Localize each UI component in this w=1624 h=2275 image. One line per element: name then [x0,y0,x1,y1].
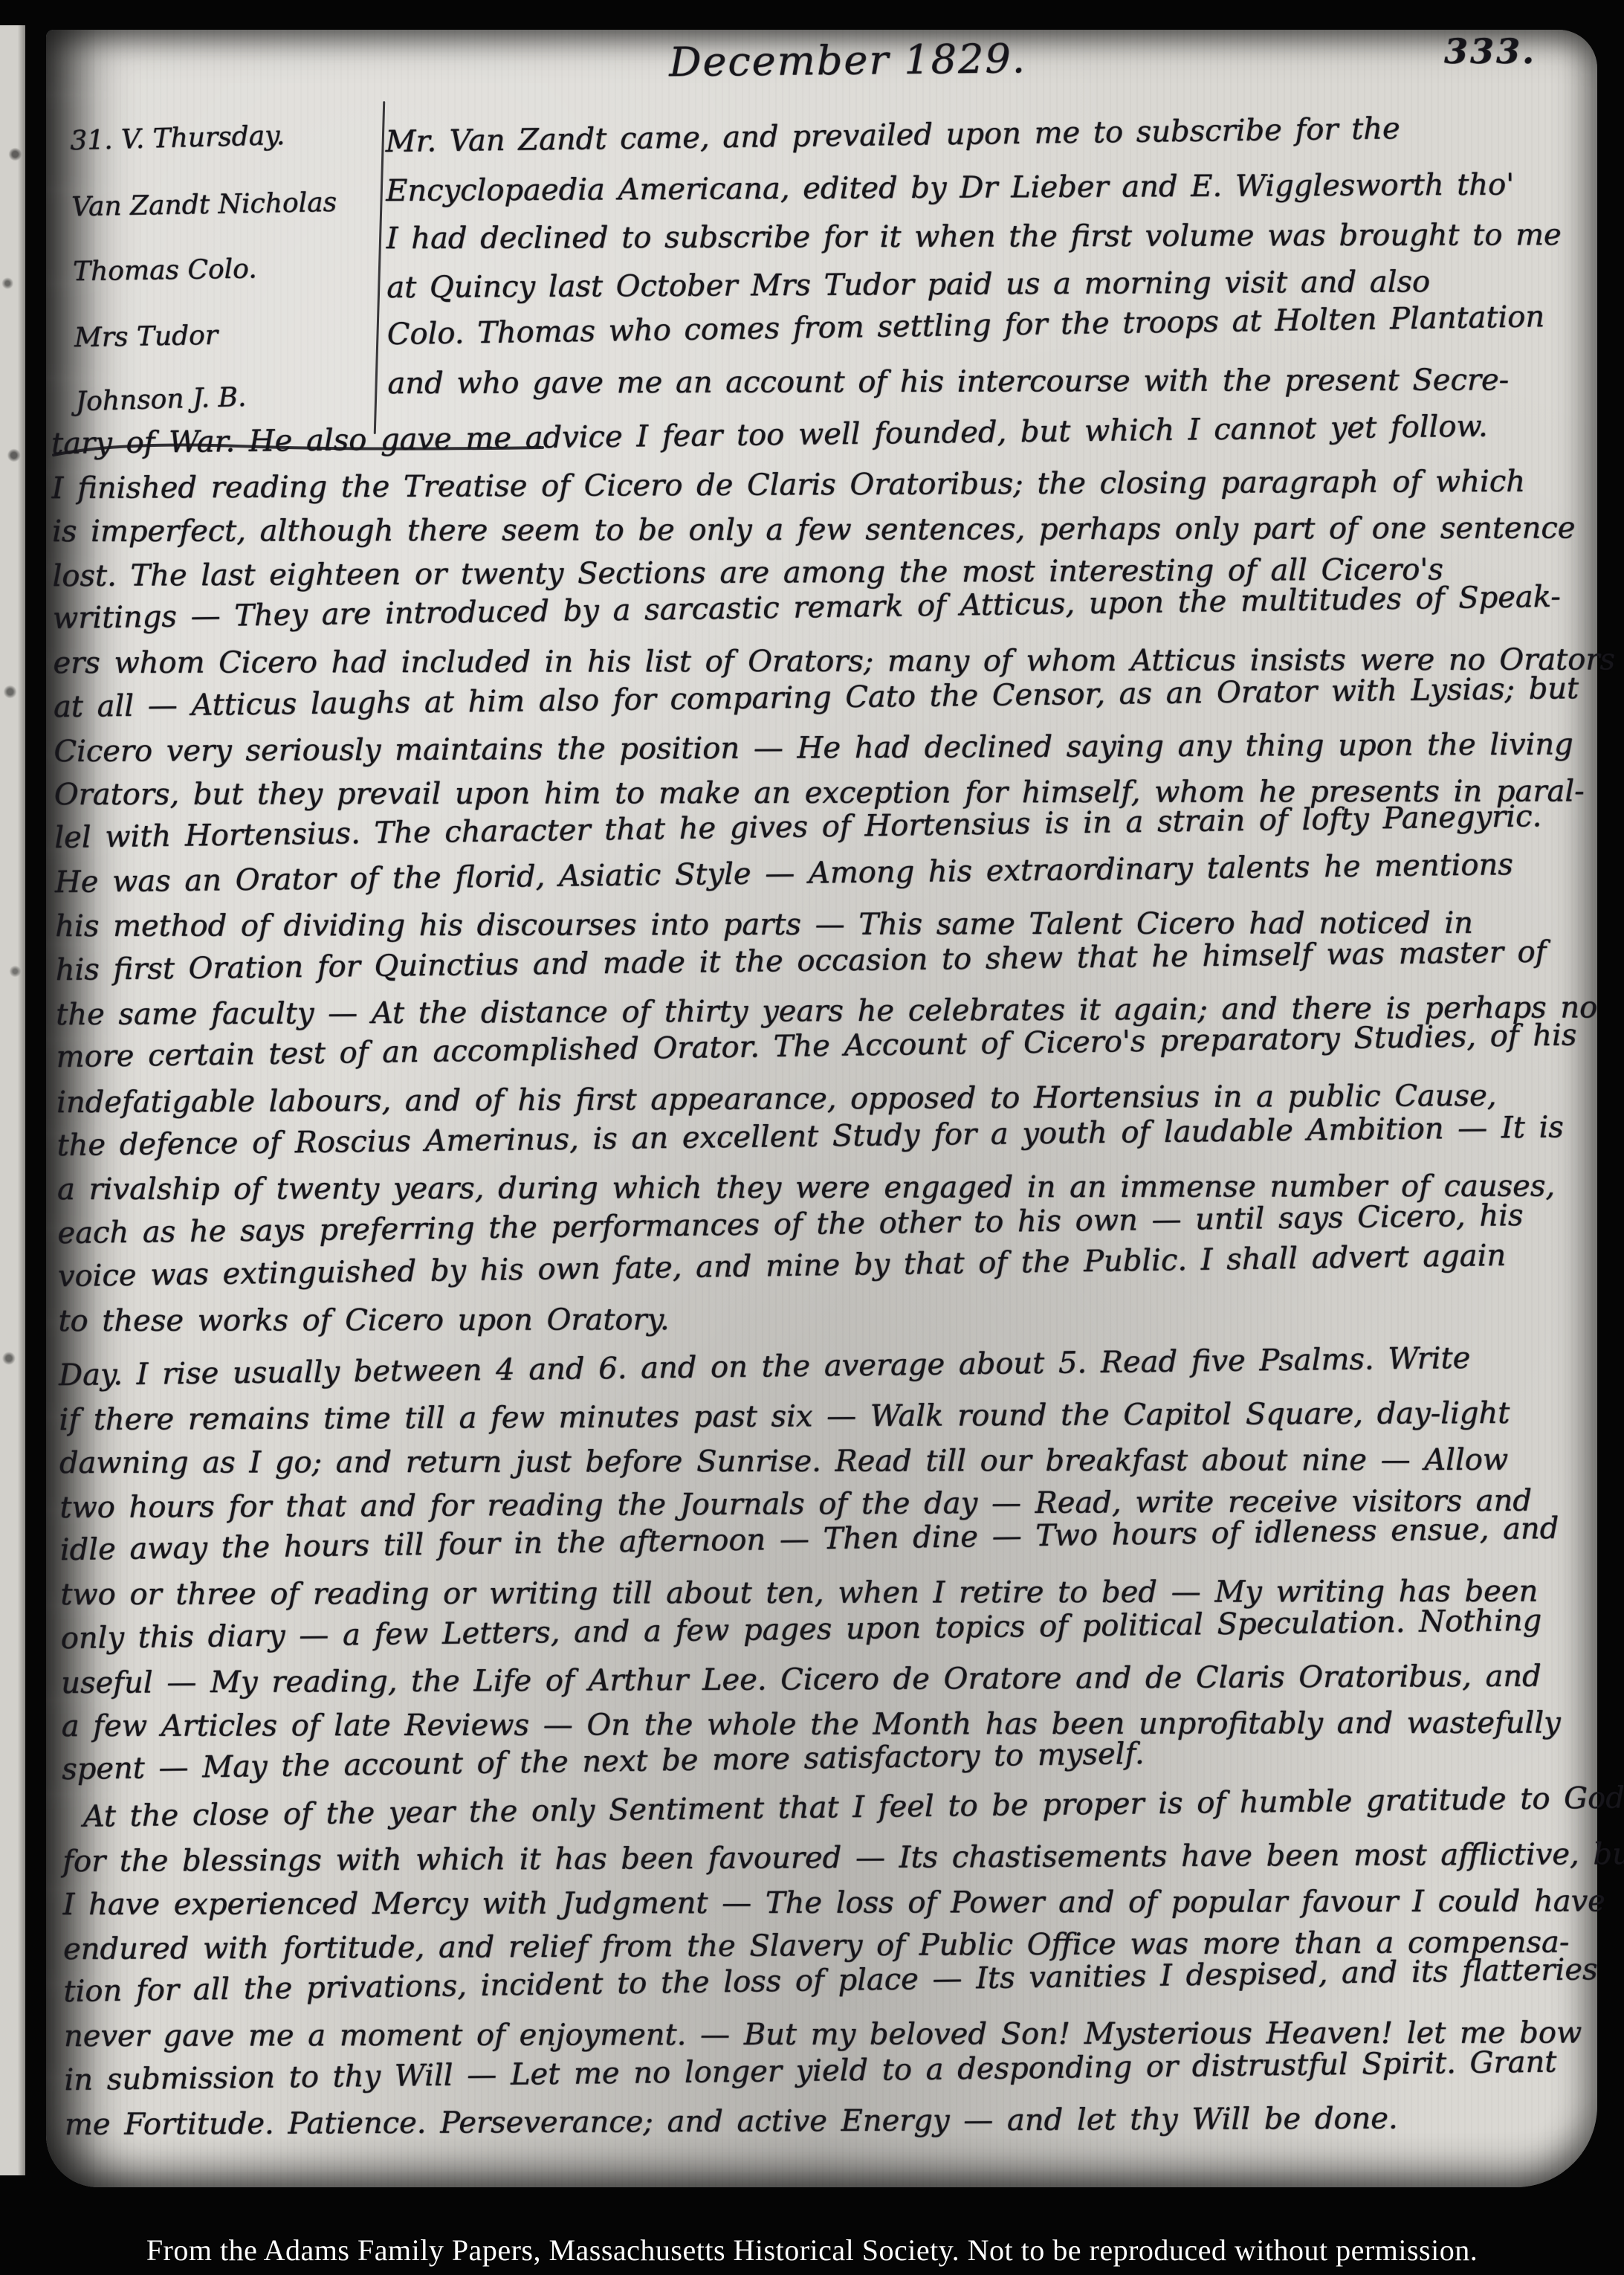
page-heading-date: December 1829. [46,29,1598,92]
manuscript-line: Encyclopaedia Americana, edited by Dr Li… [386,161,1574,216]
margin-note-line: Mrs Tudor [74,300,372,371]
manuscript-line: and who gave me an account of his interc… [387,356,1576,408]
entry-paragraph-cicero: tary of War. He also gave me advice I fe… [51,410,1576,1343]
manuscript-line: to these works of Cicero upon Oratory. [58,1296,1575,1343]
manuscript-line: I finished reading the Treatise of Cicer… [51,459,1568,511]
manuscript-line: Mr. Van Zandt came, and prevailed upon m… [385,103,1574,167]
manuscript-line: useful — My reading, the Life of Arthur … [61,1654,1578,1706]
page-number: 333. [1444,31,1536,71]
margin-divider-vertical-line [374,101,386,434]
manuscript-line: me Fortitude. Patience. Perseverance; an… [65,2096,1582,2147]
margin-index-notes: 31. V. Thursday.Van Zandt NicholasThomas… [69,103,373,436]
entry-paragraph-daily-routine: Day. I rise usually between 4 and 6. and… [59,1342,1579,1792]
margin-note-line: Thomas Colo. [72,235,370,305]
manuscript-line: if there remains time till a few minutes… [59,1391,1576,1442]
entry-paragraph-year-close: At the close of the year the only Sentim… [62,1784,1582,2146]
archive-credit-line: From the Adams Family Papers, Massachuse… [0,2233,1624,2268]
entry-body: tary of War. He also gave me advice I fe… [51,410,1582,2146]
manuscript-line: I had declined to subscribe for it when … [386,211,1575,263]
manuscript-line: Day. I rise usually between 4 and 6. and… [59,1335,1576,1398]
entry-opening-lines: Mr. Van Zandt came, and prevailed upon m… [385,108,1576,408]
facing-page-edge [0,25,25,2175]
scanned-diary-page: December 1829. 333. 31. V. Thursday.Van … [0,0,1624,2275]
manuscript-line: I have experienced Mercy with Judgment —… [63,1879,1580,1927]
margin-note-line: Van Zandt Nicholas [71,170,369,240]
margin-note-line: 31. V. Thursday. [69,101,368,174]
manuscript-line: is imperfect, although there seem to be … [52,506,1569,554]
manuscript-line: Cicero very seriously maintains the posi… [54,723,1570,774]
manuscript-page: December 1829. 333. 31. V. Thursday.Van … [46,30,1597,2187]
manuscript-line: for the blessings with which it has been… [62,1833,1579,1884]
manuscript-line: dawning as I go; and return just before … [59,1438,1576,1485]
